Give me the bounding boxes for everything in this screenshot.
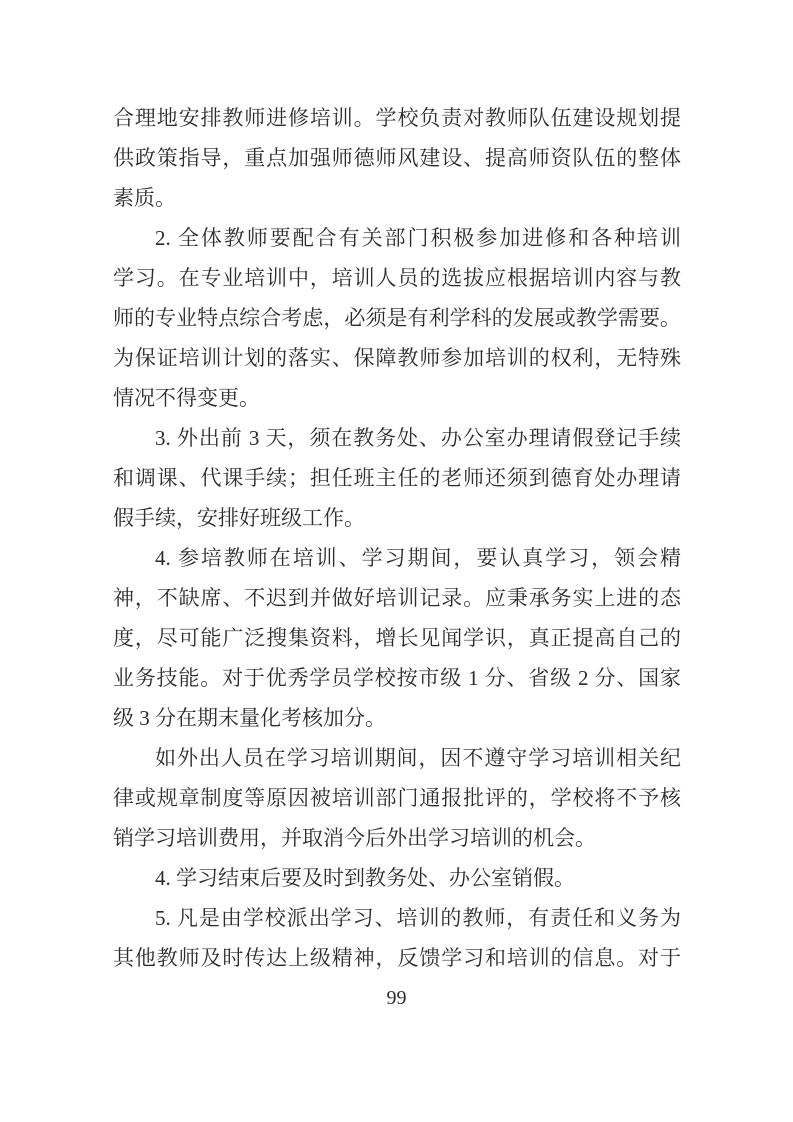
paragraph: 如外出人员在学习培训期间，因不遵守学习培训相关纪律或规章制度等原因被培训部门通报… xyxy=(113,738,681,858)
page-number: 99 xyxy=(0,984,793,1012)
text-line: 4. 学习结束后要及时到教务处、办公室销假。 xyxy=(113,858,681,898)
text-line: 假手续，安排好班级工作。 xyxy=(113,498,681,538)
paragraph: 5. 凡是由学校派出学习、培训的教师，有责任和义务为其他教师及时传达上级精神，反… xyxy=(113,898,681,978)
text-line: 度，尽可能广泛搜集资料，增长见闻学识，真正提高自己的 xyxy=(113,618,681,658)
text-line: 销学习培训费用，并取消今后外出学习培训的机会。 xyxy=(113,818,681,858)
text-line: 其他教师及时传达上级精神，反馈学习和培训的信息。对于 xyxy=(113,938,681,978)
text-line: 如外出人员在学习培训期间，因不遵守学习培训相关纪 xyxy=(113,738,681,778)
text-line: 神，不缺席、不迟到并做好培训记录。应秉承务实上进的态 xyxy=(113,578,681,618)
text-line: 素质。 xyxy=(113,178,681,218)
text-line: 学习。在专业培训中，培训人员的选拔应根据培训内容与教 xyxy=(113,258,681,298)
text-line: 3. 外出前 3 天，须在教务处、办公室办理请假登记手续 xyxy=(113,418,681,458)
text-line: 和调课、代课手续；担任班主任的老师还须到德育处办理请 xyxy=(113,458,681,498)
document-body: 合理地安排教师进修培训。学校负责对教师队伍建设规划提供政策指导，重点加强师德师风… xyxy=(113,98,681,978)
paragraph: 2. 全体教师要配合有关部门积极参加进修和各种培训学习。在专业培训中，培训人员的… xyxy=(113,218,681,418)
text-line: 律或规章制度等原因被培训部门通报批评的，学校将不予核 xyxy=(113,778,681,818)
text-line: 5. 凡是由学校派出学习、培训的教师，有责任和义务为 xyxy=(113,898,681,938)
text-line: 供政策指导，重点加强师德师风建设、提高师资队伍的整体 xyxy=(113,138,681,178)
text-line: 师的专业特点综合考虑，必须是有利学科的发展或教学需要。 xyxy=(113,298,681,338)
paragraph: 3. 外出前 3 天，须在教务处、办公室办理请假登记手续和调课、代课手续；担任班… xyxy=(113,418,681,538)
text-line: 业务技能。对于优秀学员学校按市级 1 分、省级 2 分、国家 xyxy=(113,658,681,698)
document-page: 合理地安排教师进修培训。学校负责对教师队伍建设规划提供政策指导，重点加强师德师风… xyxy=(0,0,793,1122)
text-line: 级 3 分在期末量化考核加分。 xyxy=(113,698,681,738)
text-line: 为保证培训计划的落实、保障教师参加培训的权利，无特殊 xyxy=(113,338,681,378)
paragraph: 4. 参培教师在培训、学习期间，要认真学习，领会精神，不缺席、不迟到并做好培训记… xyxy=(113,538,681,738)
text-line: 情况不得变更。 xyxy=(113,378,681,418)
paragraph: 合理地安排教师进修培训。学校负责对教师队伍建设规划提供政策指导，重点加强师德师风… xyxy=(113,98,681,218)
text-line: 合理地安排教师进修培训。学校负责对教师队伍建设规划提 xyxy=(113,98,681,138)
text-line: 4. 参培教师在培训、学习期间，要认真学习，领会精 xyxy=(113,538,681,578)
text-line: 2. 全体教师要配合有关部门积极参加进修和各种培训 xyxy=(113,218,681,258)
paragraph: 4. 学习结束后要及时到教务处、办公室销假。 xyxy=(113,858,681,898)
